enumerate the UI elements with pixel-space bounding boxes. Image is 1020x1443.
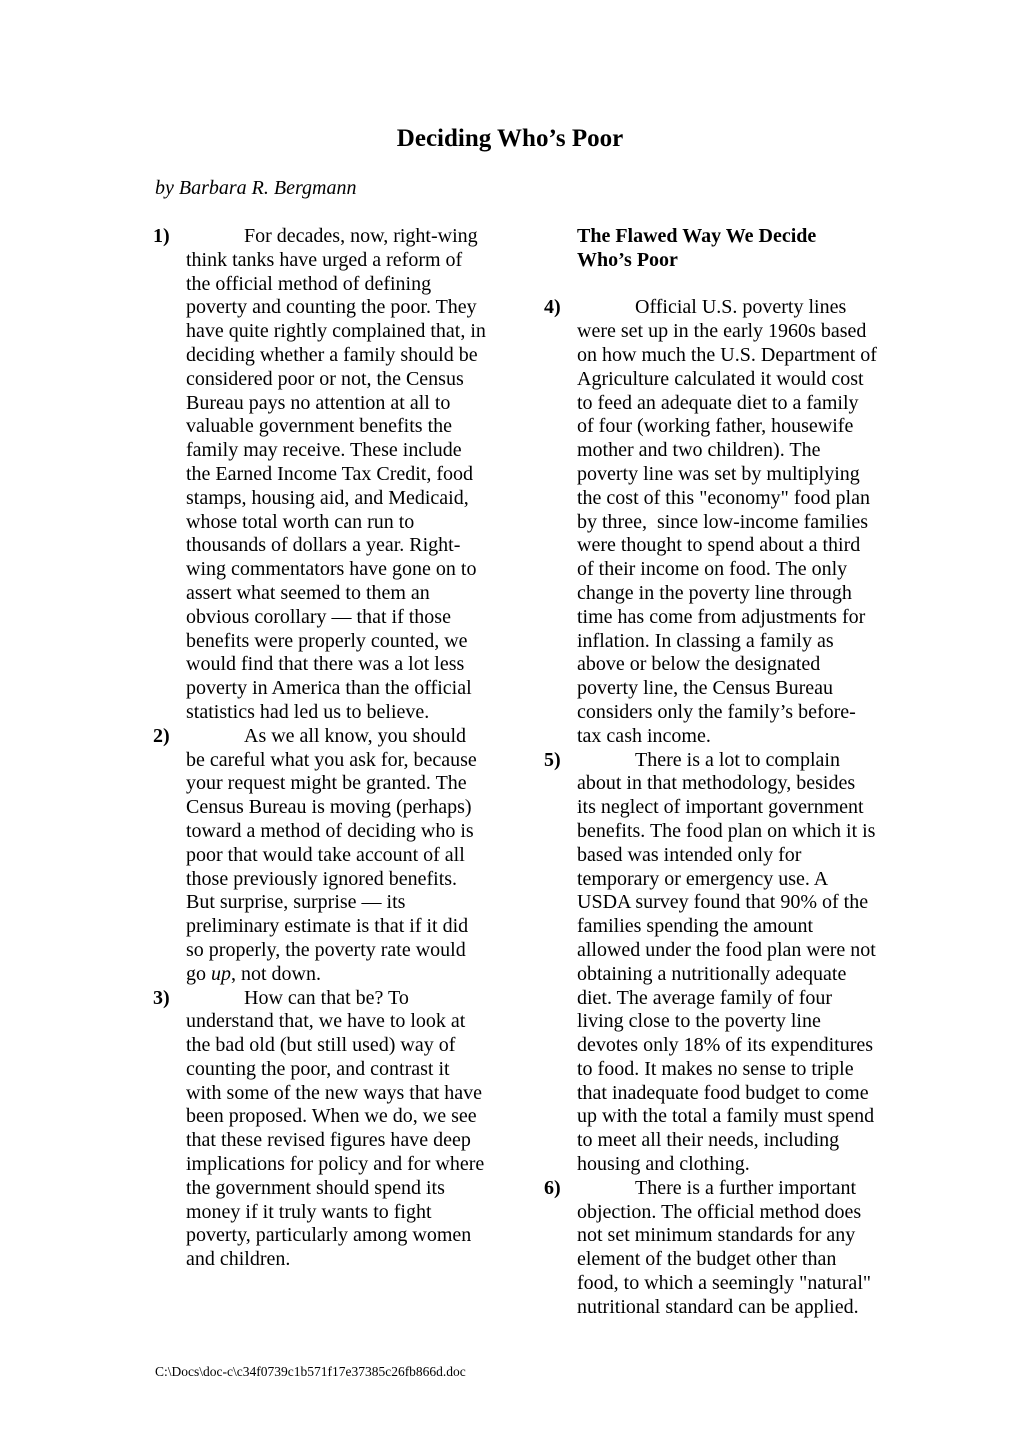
numbered-paragraph: 6)There is a further importantobjection.… [544, 1177, 900, 1320]
text-line: allowed under the food plan were not [577, 939, 900, 963]
text-line: your request might be granted. The [186, 772, 505, 796]
text-line: and children. [186, 1248, 505, 1272]
text-line: of four (working father, housewife [577, 415, 900, 439]
text-line: benefits were properly counted, we [186, 630, 505, 654]
text-line: preliminary estimate is that if it did [186, 915, 505, 939]
text-line: go up, not down. [186, 963, 505, 987]
text-line: Agriculture calculated it would cost [577, 368, 900, 392]
italic-text: up [211, 963, 231, 985]
text-line: with some of the new ways that have [186, 1082, 505, 1106]
text-line: to food. It makes no sense to triple [577, 1058, 900, 1082]
text-line: that these revised figures have deep [186, 1129, 505, 1153]
text-line: toward a method of deciding who is [186, 820, 505, 844]
text-line: to feed an adequate diet to a family [577, 392, 900, 416]
text-line: food, to which a seemingly "natural" [577, 1272, 900, 1296]
text-line: How can that be? To [244, 987, 505, 1011]
text-line: counting the poor, and contrast it [186, 1058, 505, 1082]
text-line: up with the total a family must spend [577, 1105, 900, 1129]
text-line: considers only the family’s before- [577, 701, 900, 725]
text-line: considered poor or not, the Census [186, 368, 505, 392]
text-line: Official U.S. poverty lines [635, 296, 900, 320]
text-line: statistics had led us to believe. [186, 701, 505, 725]
text-line: about in that methodology, besides [577, 772, 900, 796]
text-line: those previously ignored benefits. [186, 868, 505, 892]
text-line: poverty and counting the poor. They [186, 296, 505, 320]
paragraph-number: 1) [153, 225, 170, 249]
blank-line [544, 273, 900, 297]
right-column: The Flawed Way We DecideWho’s Poor4)Offi… [544, 225, 900, 1320]
text-line: have quite rightly complained that, in [186, 320, 505, 344]
text-line: based was intended only for [577, 844, 900, 868]
text-line: on how much the U.S. Department of [577, 344, 900, 368]
text-line: benefits. The food plan on which it is [577, 820, 900, 844]
text-line: tax cash income. [577, 725, 900, 749]
text-line: by three, since low-income families [577, 511, 900, 535]
numbered-paragraph: 1)For decades, now, right-wingthink tank… [153, 225, 505, 725]
text-line: USDA survey found that 90% of the [577, 891, 900, 915]
text-line: wing commentators have gone on to [186, 558, 505, 582]
text-line: to meet all their needs, including [577, 1129, 900, 1153]
byline: by Barbara R. Bergmann [155, 176, 356, 200]
text-line: For decades, now, right-wing [244, 225, 505, 249]
text-line: valuable government benefits the [186, 415, 505, 439]
text-line: its neglect of important government [577, 796, 900, 820]
text-line: change in the poverty line through [577, 582, 900, 606]
paragraph-number: 2) [153, 725, 170, 749]
numbered-paragraph: 5)There is a lot to complainabout in tha… [544, 749, 900, 1177]
heading-line: Who’s Poor [577, 249, 900, 273]
text-line: living close to the poverty line [577, 1010, 900, 1034]
text-line: were set up in the early 1960s based [577, 320, 900, 344]
text-line: element of the budget other than [577, 1248, 900, 1272]
text-line: think tanks have urged a reform of [186, 249, 505, 273]
numbered-paragraph: 4)Official U.S. poverty lineswere set up… [544, 296, 900, 748]
text-line: There is a further important [635, 1177, 900, 1201]
text-line: inflation. In classing a family as [577, 630, 900, 654]
text-line: that inadequate food budget to come [577, 1082, 900, 1106]
text-line: poverty, particularly among women [186, 1224, 505, 1248]
text-line: poor that would take account of all [186, 844, 505, 868]
left-column: 1)For decades, now, right-wingthink tank… [153, 225, 505, 1272]
text-line: Census Bureau is moving (perhaps) [186, 796, 505, 820]
text-line: the government should spend its [186, 1177, 505, 1201]
text-line: There is a lot to complain [635, 749, 900, 773]
text-line: mother and two children). The [577, 439, 900, 463]
text-line: housing and clothing. [577, 1153, 900, 1177]
text-line: temporary or emergency use. A [577, 868, 900, 892]
text-line: As we all know, you should [244, 725, 505, 749]
text-line: objection. The official method does [577, 1201, 900, 1225]
paragraph-number: 4) [544, 296, 561, 320]
numbered-paragraph: 3)How can that be? Tounderstand that, we… [153, 987, 505, 1273]
numbered-paragraph: 2)As we all know, you shouldbe careful w… [153, 725, 505, 987]
text-line: whose total worth can run to [186, 511, 505, 535]
document-title: Deciding Who’s Poor [0, 124, 1020, 154]
text-line: devotes only 18% of its expenditures [577, 1034, 900, 1058]
text-line: understand that, we have to look at [186, 1010, 505, 1034]
text-line: money if it truly wants to fight [186, 1201, 505, 1225]
text-line: deciding whether a family should be [186, 344, 505, 368]
text-line: obvious corollary — that if those [186, 606, 505, 630]
text-line: Bureau pays no attention at all to [186, 392, 505, 416]
document-page: Deciding Who’s Poor by Barbara R. Bergma… [0, 0, 1020, 1443]
text-line: poverty in America than the official [186, 677, 505, 701]
text-line: thousands of dollars a year. Right- [186, 534, 505, 558]
text-line: the Earned Income Tax Credit, food [186, 463, 505, 487]
text-line: families spending the amount [577, 915, 900, 939]
paragraph-number: 6) [544, 1177, 561, 1201]
text-line: poverty line was set by multiplying [577, 463, 900, 487]
paragraph-number: 5) [544, 749, 561, 773]
text-line: poverty line, the Census Bureau [577, 677, 900, 701]
text-line: the official method of defining [186, 273, 505, 297]
text-line: not set minimum standards for any [577, 1224, 900, 1248]
paragraph-number: 3) [153, 987, 170, 1011]
file-path-footer: C:\Docs\doc-c\c34f0739c1b571f17e37385c26… [155, 1363, 466, 1380]
text-line: been proposed. When we do, we see [186, 1105, 505, 1129]
text-line: assert what seemed to them an [186, 582, 505, 606]
text-line: of their income on food. The only [577, 558, 900, 582]
text-line: time has come from adjustments for [577, 606, 900, 630]
text-line: stamps, housing aid, and Medicaid, [186, 487, 505, 511]
section-heading: The Flawed Way We DecideWho’s Poor [544, 225, 900, 273]
text-line: obtaining a nutritionally adequate [577, 963, 900, 987]
text-line: But surprise, surprise — its [186, 891, 505, 915]
heading-line: The Flawed Way We Decide [577, 225, 900, 249]
text-line: above or below the designated [577, 653, 900, 677]
text-line: family may receive. These include [186, 439, 505, 463]
text-line: the bad old (but still used) way of [186, 1034, 505, 1058]
text-line: nutritional standard can be applied. [577, 1296, 900, 1320]
text-line: so properly, the poverty rate would [186, 939, 505, 963]
text-line: be careful what you ask for, because [186, 749, 505, 773]
text-line: diet. The average family of four [577, 987, 900, 1011]
text-line: would find that there was a lot less [186, 653, 505, 677]
text-line: the cost of this "economy" food plan [577, 487, 900, 511]
text-line: were thought to spend about a third [577, 534, 900, 558]
text-line: implications for policy and for where [186, 1153, 505, 1177]
